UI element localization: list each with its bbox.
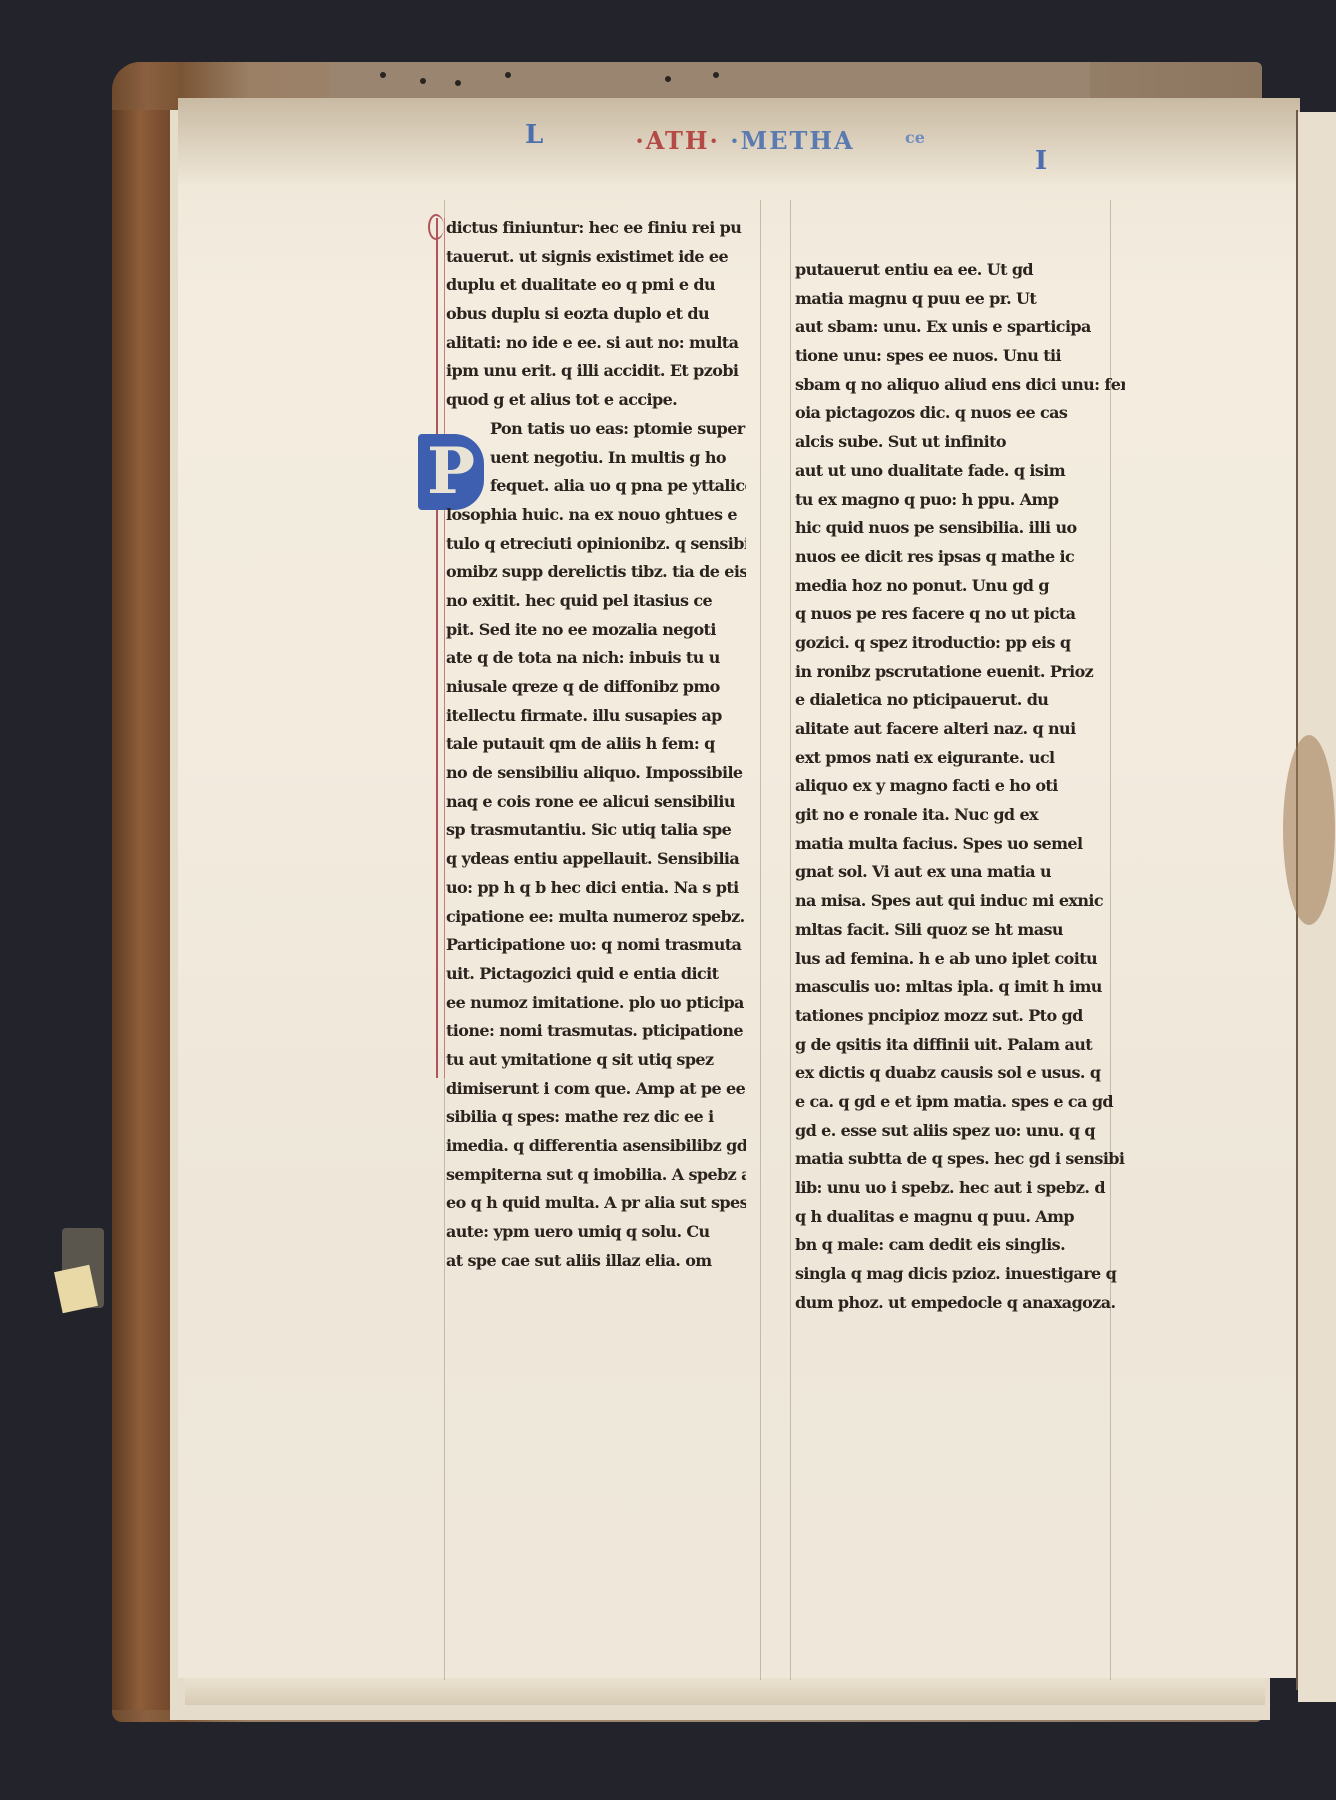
text-line: q nuos pe res facere q no ut picta	[795, 600, 1125, 629]
text-line: q h dualitas e magnu q puu. Amp	[795, 1203, 1125, 1232]
penwork-curl	[428, 214, 444, 240]
text-line: singla q mag dicis pzioz. inuestigare q	[795, 1260, 1125, 1289]
text-line: no de sensibiliu aliquo. Impossibile	[446, 759, 746, 788]
text-line: dimiserunt i com que. Amp at pe ee	[446, 1075, 746, 1104]
text-line: ee numoz imitatione. plo uo pticipa	[446, 989, 746, 1018]
text-line: q ydeas entiu appellauit. Sensibilia	[446, 845, 746, 874]
text-line: uit. Pictagozici quid e entia dicit	[446, 960, 746, 989]
wormhole	[665, 76, 671, 82]
text-line: matia magnu q puu ee pr. Ut	[795, 285, 1125, 314]
text-line: niusale qreze q de diffonibz pmo	[446, 673, 746, 702]
text-line: tauerut. ut signis existimet ide ee	[446, 243, 746, 272]
text-line: hic quid nuos pe sensibilia. illi uo	[795, 514, 1125, 543]
text-line: aute: ypm uero umiq q solu. Cu	[446, 1218, 746, 1247]
text-line: lus ad femina. h e ab uno iplet coitu	[795, 945, 1125, 974]
text-line: fequet. alia uo q pna pe yttalicoz ph	[446, 472, 746, 501]
text-line: pit. Sed ite no ee mozalia negoti	[446, 616, 746, 645]
text-line: duplu et dualitate eo q pmi e du	[446, 271, 746, 300]
wormhole	[505, 72, 511, 78]
text-line: e dialetica no pticipauerut. du	[795, 686, 1125, 715]
text-line: bn q male: cam dedit eis singlis.	[795, 1231, 1125, 1260]
text-line: Participatione uo: q nomi trasmuta	[446, 931, 746, 960]
running-head-superscript: ce	[905, 128, 925, 147]
text-line: obus duplu si eozta duplo et du	[446, 300, 746, 329]
running-head-right-mark: I	[1035, 146, 1047, 176]
text-line: aliquo ex y magno facti e ho oti	[795, 772, 1125, 801]
running-head-blue: ·METHA	[730, 126, 854, 155]
text-line: tione unu: spes ee nuos. Unu tii	[795, 342, 1125, 371]
text-line: putauerut entiu ea ee. Ut gd	[795, 256, 1125, 285]
text-line: matia subtta de q spes. hec gd i sensibi	[795, 1145, 1125, 1174]
text-line: sp trasmutantiu. Sic utiq talia spe	[446, 816, 746, 845]
text-line: nuos ee dicit res ipsas q mathe ic	[795, 543, 1125, 572]
text-line: git no e ronale ita. Nuc gd ex	[795, 801, 1125, 830]
text-line: ext pmos nati ex eigurante. ucl	[795, 744, 1125, 773]
text-line: oia pictagozos dic. q nuos ee cas	[795, 399, 1125, 428]
text-line: naq e cois rone ee alicui sensibiliu	[446, 788, 746, 817]
text-line: cipatione ee: multa numeroz spebz.	[446, 903, 746, 932]
right-text-column: putauerut entiu ea ee. Ut gdmatia magnu …	[795, 256, 1125, 1317]
text-line: tale putauit qm de aliis h fem: q	[446, 730, 746, 759]
running-head-red: ·ATH·	[635, 126, 720, 155]
text-line: itellectu firmate. illu susapies ap	[446, 702, 746, 731]
text-line: dum phoz. ut empedocle q anaxagoza.	[795, 1289, 1125, 1318]
text-line: uent negotiu. In multis g ho	[446, 444, 746, 473]
text-line: ex dictis q duabz causis sol e usus. q	[795, 1059, 1125, 1088]
text-line: gozici. q spez itroductio: pp eis q	[795, 629, 1125, 658]
text-line: lib: unu uo i spebz. hec aut i spebz. d	[795, 1174, 1125, 1203]
text-line: at spe cae sut aliis illaz elia. om	[446, 1247, 746, 1276]
text-line: gd e. esse sut aliis spez uo: unu. q q	[795, 1117, 1125, 1146]
wormhole	[380, 72, 386, 78]
text-line: tulo q etreciuti opinionibz. q sensibili…	[446, 530, 746, 559]
text-line: sibilia q spes: mathe rez dic ee i	[446, 1103, 746, 1132]
text-line: na misa. Spes aut qui induc mi exnic	[795, 887, 1125, 916]
gutter-stain	[1283, 735, 1335, 925]
text-line: sempiterna sut q imobilia. A spebz aut	[446, 1161, 746, 1190]
text-line: no exitit. hec quid pel itasius ce	[446, 587, 746, 616]
text-line: e ca. q gd e et ipm matia. spes e ca gd	[795, 1088, 1125, 1117]
text-line: alitate aut facere alteri naz. q nui	[795, 715, 1125, 744]
text-line: matia multa facius. Spes uo semel	[795, 830, 1125, 859]
text-line: ate q de tota na nich: inbuis tu u	[446, 644, 746, 673]
text-line: imedia. q differentia asensibilibz gd. q	[446, 1132, 746, 1161]
text-line: uo: pp h q b hec dici entia. Na s pti	[446, 874, 746, 903]
text-line: aut ut uno dualitate fade. q isim	[795, 457, 1125, 486]
ruling-line	[790, 200, 791, 1680]
wormhole	[420, 78, 426, 84]
text-line: gnat sol. Vi aut ex una matia u	[795, 858, 1125, 887]
penwork-flourish	[436, 218, 445, 1078]
text-line: alcis sube. Sut ut infinito	[795, 428, 1125, 457]
text-line: tationes pncipioz mozz sut. Pto gd	[795, 1002, 1125, 1031]
text-line: tu aut ymitatione q sit utiq spez	[446, 1046, 746, 1075]
wormhole	[713, 72, 719, 78]
text-line: g de qsitis ita diffinii uit. Palam aut	[795, 1031, 1125, 1060]
wormhole	[455, 80, 461, 86]
text-line: mltas facit. Sili quoz se ht masu	[795, 916, 1125, 945]
text-line: tu ex magno q puo: h ppu. Amp	[795, 486, 1125, 515]
text-line: sbam q no aliquo aliud ens dici unu: fer…	[795, 371, 1125, 400]
text-line: alitati: no ide e ee. si aut no: multa	[446, 329, 746, 358]
text-line: eo q h quid multa. A pr alia sut spes	[446, 1189, 746, 1218]
text-line: masculis uo: mltas ipla. q imit h imu	[795, 973, 1125, 1002]
text-line: aut sbam: unu. Ex unis e sparticipa	[795, 313, 1125, 342]
text-line: tione: nomi trasmutas. pticipatione	[446, 1017, 746, 1046]
text-line: Pon tatis uo eas: ptomie super	[446, 415, 746, 444]
ruling-line	[760, 200, 761, 1680]
text-line: in ronibz pscrutatione euenit. Prioz	[795, 658, 1125, 687]
text-line: omibz supp derelictis tibz. tia de eis	[446, 558, 746, 587]
text-line: ipm unu erit. q illi accidit. Et pzobi	[446, 357, 746, 386]
running-head: ·ATH· ·METHA	[520, 126, 970, 166]
leaf-bottom-edges	[185, 1675, 1265, 1705]
text-line: dictus finiuntur: hec ee finiu rei pu	[446, 214, 746, 243]
text-line: losophia huic. na ex nouo ghtues e	[446, 501, 746, 530]
left-text-column: dictus finiuntur: hec ee finiu rei putau…	[446, 214, 746, 1275]
text-line: quod g et alius tot e accipe.	[446, 386, 746, 415]
text-line: media hoz no ponut. Unu gd g	[795, 572, 1125, 601]
